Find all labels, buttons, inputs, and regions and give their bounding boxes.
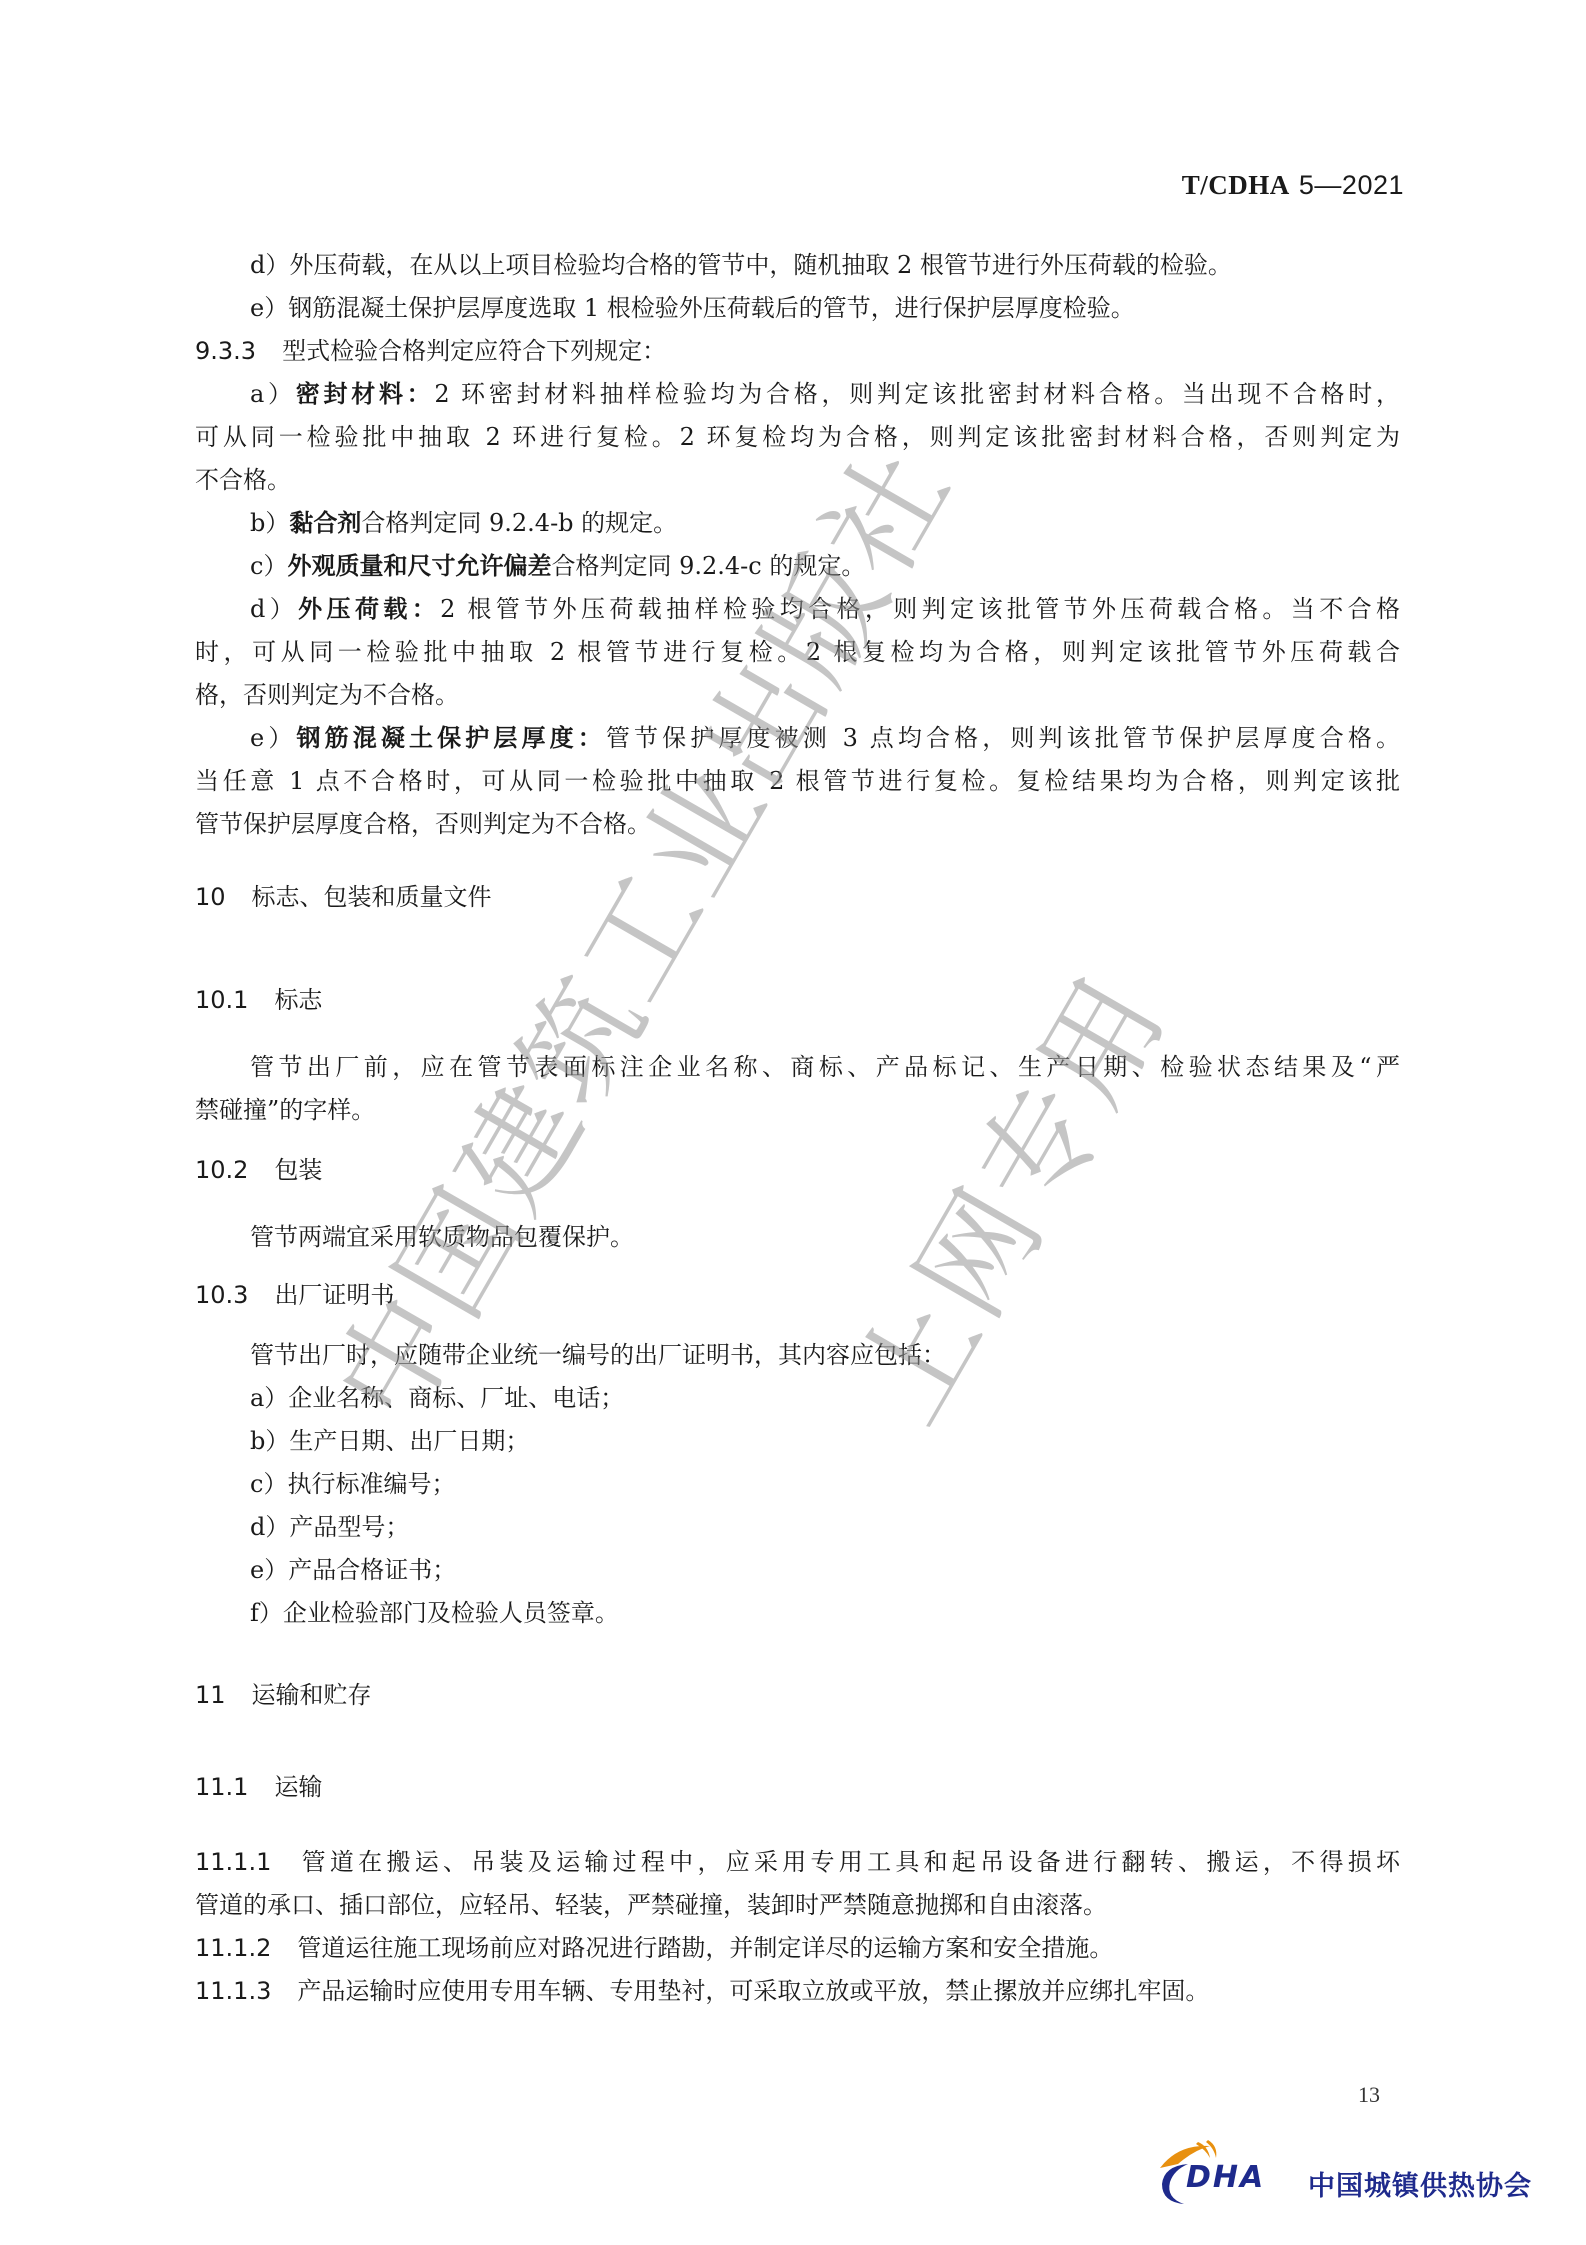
criterion-c-term: 外观质量和尺寸允许偏差 [287, 552, 551, 580]
criterion-a-line1: a）密封材料：2 环密封材料抽样检验均为合格，则判定该批密封材料合格。当出现不合… [250, 379, 1400, 409]
criterion-a-line3: 不合格。 [195, 465, 291, 495]
section-10-1-line2: 禁碰撞”的字样。 [195, 1095, 375, 1125]
criterion-e-line1: e）钢筋混凝土保护层厚度：管节保护厚度被测 3 点均合格，则判该批管节保护层厚度… [250, 723, 1400, 753]
criterion-e-line2: 当任意 1 点不合格时，可从同一检验批中抽取 2 根管节进行复检。复检结果均为合… [195, 766, 1400, 796]
criterion-a-term: 密封材料： [296, 380, 435, 408]
clause-11-1-3: 11.1.3产品运输时应使用专用车辆、专用垫衬，可采取立放或平放，禁止摞放并应绑… [195, 1976, 1209, 2006]
cdha-logo: DHA 中国城镇供热协会 [1148, 2130, 1568, 2210]
watermark-online-use: 上网专用 [806, 940, 1197, 1448]
section-10-heading: 10标志、包装和质量文件 [195, 882, 492, 912]
criterion-b-term: 黏合剂 [289, 509, 361, 537]
list-item: c）执行标准编号； [250, 1469, 455, 1499]
clause-9-3-3: 9.3.3型式检验合格判定应符合下列规定： [195, 336, 666, 366]
criterion-d-line2: 时，可从同一检验批中抽取 2 根管节进行复检。2 根复检均为合格，则判定该批管节… [195, 637, 1400, 667]
section-11-1-heading: 11.1运输 [195, 1772, 322, 1802]
page-number: 13 [1358, 2082, 1380, 2108]
standard-code: T/CDHA 5—2021 [1182, 170, 1404, 201]
logo-organization-name: 中国城镇供热协会 [1308, 2164, 1532, 2203]
standard-code-prefix: T/CDHA [1182, 170, 1290, 200]
clause-11-1-1-line1: 11.1.1管道在搬运、吊装及运输过程中，应采用专用工具和起吊设备进行翻转、搬运… [195, 1847, 1400, 1877]
clause-11-1-1-line2: 管道的承口、插口部位，应轻吊、轻装，严禁碰撞，装卸时严禁随意抛掷和自由滚落。 [195, 1890, 1107, 1920]
criterion-b: b）黏合剂合格判定同 9.2.4-b 的规定。 [250, 508, 677, 538]
document-page: T/CDHA 5—2021 d）外压荷载，在从以上项目检验均合格的管节中，随机抽… [0, 0, 1586, 2245]
clause-11-1-2: 11.1.2管道运往施工现场前应对路况进行踏勘，并制定详尽的运输方案和安全措施。 [195, 1933, 1113, 1963]
section-10-3-heading: 10.3出厂证明书 [195, 1280, 394, 1310]
clause-number: 9.3.3 [195, 337, 256, 365]
section-11-heading: 11运输和贮存 [195, 1680, 372, 1710]
section-10-2-text: 管节两端宜采用软质物品包覆保护。 [250, 1222, 634, 1252]
section-10-3-intro: 管节出厂时，应随带企业统一编号的出厂证明书，其内容应包括： [250, 1340, 946, 1370]
criterion-d-term: 外压荷载： [298, 595, 440, 623]
standard-code-suffix: 5—2021 [1299, 170, 1404, 200]
criterion-d-line1: d）外压荷载：2 根管节外压荷载抽样检验均合格，则判定该批管节外压荷载合格。当不… [250, 594, 1400, 624]
list-item: a）企业名称、商标、厂址、电话； [250, 1383, 624, 1413]
criterion-e-term: 钢筋混凝土保护层厚度： [296, 724, 605, 752]
section-10-1-line1: 管节出厂前，应在管节表面标注企业名称、商标、产品标记、生产日期、检验状态结果及“… [250, 1052, 1400, 1082]
logo-abbreviation: DHA [1186, 2160, 1265, 2195]
criterion-d-line3: 格，否则判定为不合格。 [195, 680, 459, 710]
paragraph-item-d: d）外压荷载，在从以上项目检验均合格的管节中，随机抽取 2 根管节进行外压荷载的… [250, 250, 1232, 280]
clause-text: 型式检验合格判定应符合下列规定： [282, 337, 666, 365]
section-10-1-heading: 10.1标志 [195, 985, 322, 1015]
criterion-e-line3: 管节保护层厚度合格，否则判定为不合格。 [195, 809, 651, 839]
section-10-2-heading: 10.2包装 [195, 1155, 322, 1185]
list-item: f）企业检验部门及检验人员签章。 [250, 1598, 619, 1628]
criterion-c: c）外观质量和尺寸允许偏差合格判定同 9.2.4-c 的规定。 [250, 551, 865, 581]
list-item: d）产品型号； [250, 1512, 409, 1542]
paragraph-item-e: e）钢筋混凝土保护层厚度选取 1 根检验外压荷载后的管节，进行保护层厚度检验。 [250, 293, 1135, 323]
list-item: b）生产日期、出厂日期； [250, 1426, 529, 1456]
criterion-a-line2: 可从同一检验批中抽取 2 环进行复检。2 环复检均为合格，则判定该批密封材料合格… [195, 422, 1400, 452]
list-item: e）产品合格证书； [250, 1555, 456, 1585]
